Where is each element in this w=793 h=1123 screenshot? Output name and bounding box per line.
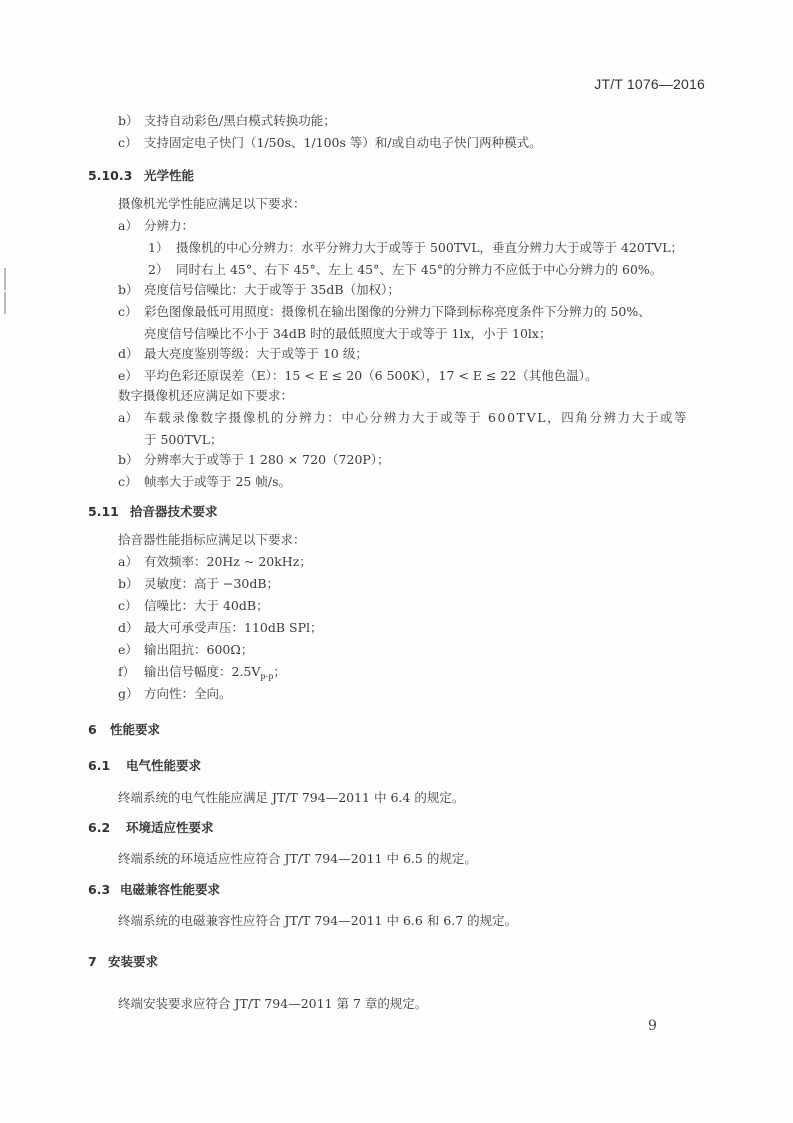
list-text: 最大可承受声压：110dB SPl； — [144, 620, 323, 635]
list-item-continuation: 于 500TVL； — [144, 432, 223, 448]
list-label: c） — [118, 474, 144, 490]
list-item-continuation: 亮度信号信噪比不小于 34dB 时的最低照度大于或等于 1lx，小于 10lx； — [144, 326, 551, 342]
list-text: 同时右上 45°、右下 45°、左上 45°、左下 45°的分辨力不应低于中心分… — [176, 262, 662, 277]
list-label: 2） — [148, 262, 176, 278]
list-label: c） — [118, 135, 144, 151]
list-item: f）输出信号幅度：2.5Vp-p； — [118, 664, 286, 685]
list-text: 灵敏度：高于 −30dB； — [144, 576, 279, 591]
list-item: b）亮度信号信噪比：大于或等于 35dB（加权）； — [118, 282, 400, 298]
section-number: 6.1 — [88, 758, 126, 773]
list-label: c） — [118, 598, 144, 614]
list-item: c）帧率大于或等于 25 帧/s。 — [118, 474, 291, 490]
standard-code-header: JT/T 1076—2016 — [594, 76, 705, 92]
list-text: 分辨率大于或等于 1 280 × 720（720P）； — [144, 452, 390, 467]
list-item: b）分辨率大于或等于 1 280 × 720（720P）； — [118, 452, 390, 468]
section-heading-5-11: 5.11拾音器技术要求 — [88, 502, 218, 520]
list-label: e） — [118, 642, 144, 658]
paragraph: 终端系统的电磁兼容性应符合 JT/T 794—2011 中 6.6 和 6.7 … — [118, 913, 517, 929]
list-text: 支持自动彩色/黑白模式转换功能； — [144, 113, 336, 128]
list-item: a）分辨力： — [118, 218, 194, 234]
list-label: a） — [118, 410, 144, 426]
sub-list-item: 1）摄像机的中心分辨力：水平分辨力大于或等于 500TVL，垂直分辨力大于或等于… — [148, 240, 683, 256]
section-number: 5.11 — [88, 504, 130, 519]
section-heading-6-2: 6.2环境适应性要求 — [88, 818, 214, 836]
list-item: b）支持自动彩色/黑白模式转换功能； — [118, 113, 336, 129]
list-text: 平均色彩还原误差（E）：15 < E ≤ 20（6 500K），17 < E ≤… — [144, 368, 598, 383]
list-text: 摄像机的中心分辨力：水平分辨力大于或等于 500TVL，垂直分辨力大于或等于 4… — [176, 240, 683, 255]
list-item: a）有效频率：20Hz ~ 20kHz； — [118, 554, 312, 570]
list-text: 输出信号幅度：2.5V — [144, 664, 260, 679]
section-title: 性能要求 — [110, 722, 160, 737]
section-heading-6-3: 6.3电磁兼容性能要求 — [88, 880, 220, 898]
list-text-suffix: ； — [273, 664, 286, 679]
paragraph: 拾音器性能指标应满足以下要求： — [118, 532, 306, 548]
section-heading-5-10-3: 5.10.3光学性能 — [88, 166, 194, 184]
list-text: 最大亮度鉴别等级：大于或等于 10 级； — [144, 346, 368, 361]
list-label: d） — [118, 620, 144, 636]
section-heading-6: 6性能要求 — [88, 720, 160, 738]
list-label: e） — [118, 368, 144, 384]
list-label: b） — [118, 452, 144, 468]
list-item: c）彩色图像最低可用照度：摄像机在输出图像的分辨力下降到标称亮度条件下分辨力的 … — [118, 304, 651, 320]
section-title: 安装要求 — [108, 954, 158, 969]
list-label: f） — [118, 664, 144, 680]
list-item: c）信噪比：大于 40dB； — [118, 598, 269, 614]
paragraph: 数字摄像机还应满足如下要求： — [118, 388, 293, 404]
paragraph: 终端系统的环境适应性应符合 JT/T 794—2011 中 6.5 的规定。 — [118, 851, 477, 867]
list-text: 分辨力： — [144, 218, 194, 233]
section-heading-6-1: 6.1电气性能要求 — [88, 756, 201, 774]
list-text: 帧率大于或等于 25 帧/s。 — [144, 474, 291, 489]
section-number: 6.2 — [88, 820, 126, 835]
section-title: 拾音器技术要求 — [130, 504, 218, 519]
list-label: c） — [118, 304, 144, 320]
scan-edge-mark — [4, 268, 6, 290]
list-label: a） — [118, 554, 144, 570]
sub-list-item: 2）同时右上 45°、右下 45°、左上 45°、左下 45°的分辨力不应低于中… — [148, 262, 662, 278]
paragraph: 摄像机光学性能应满足以下要求： — [118, 196, 306, 212]
list-text: 彩色图像最低可用照度：摄像机在输出图像的分辨力下降到标称亮度条件下分辨力的 50… — [144, 304, 651, 319]
section-number: 5.10.3 — [88, 168, 144, 183]
subscript: p-p — [260, 672, 273, 681]
section-title: 电气性能要求 — [126, 758, 201, 773]
list-label: b） — [118, 282, 144, 298]
list-text: 支持固定电子快门（1/50s、1/100s 等）和/或自动电子快门两种模式。 — [144, 135, 542, 150]
list-label: g） — [118, 686, 144, 702]
section-number: 6.3 — [88, 882, 120, 897]
list-text: 车载录像数字摄像机的分辨力：中心分辨力大于或等于 600TVL，四角分辨力大于或… — [144, 410, 688, 425]
page-number: 9 — [648, 1018, 657, 1034]
section-number: 7 — [88, 954, 108, 969]
list-item: d）最大可承受声压：110dB SPl； — [118, 620, 323, 636]
scan-edge-mark — [4, 292, 6, 314]
list-item: e）输出阻抗：600Ω； — [118, 642, 253, 658]
section-title: 光学性能 — [144, 168, 194, 183]
list-label: b） — [118, 576, 144, 592]
list-item: a）车载录像数字摄像机的分辨力：中心分辨力大于或等于 600TVL，四角分辨力大… — [118, 410, 688, 426]
list-text: 亮度信号信噪比：大于或等于 35dB（加权）； — [144, 282, 400, 297]
list-item: b）灵敏度：高于 −30dB； — [118, 576, 279, 592]
list-item: e）平均色彩还原误差（E）：15 < E ≤ 20（6 500K），17 < E… — [118, 368, 598, 384]
list-item: g）方向性：全向。 — [118, 686, 232, 702]
list-text: 信噪比：大于 40dB； — [144, 598, 269, 613]
list-text: 有效频率：20Hz ~ 20kHz； — [144, 554, 312, 569]
paragraph: 终端安装要求应符合 JT/T 794—2011 第 7 章的规定。 — [118, 996, 427, 1012]
paragraph: 终端系统的电气性能应满足 JT/T 794—2011 中 6.4 的规定。 — [118, 790, 464, 806]
list-text: 输出阻抗：600Ω； — [144, 642, 253, 657]
list-text: 方向性：全向。 — [144, 686, 232, 701]
list-label: a） — [118, 218, 144, 234]
list-item: d）最大亮度鉴别等级：大于或等于 10 级； — [118, 346, 368, 362]
list-label: d） — [118, 346, 144, 362]
section-title: 电磁兼容性能要求 — [120, 882, 220, 897]
list-label: 1） — [148, 240, 176, 256]
section-heading-7: 7安装要求 — [88, 952, 158, 970]
section-number: 6 — [88, 722, 110, 737]
section-title: 环境适应性要求 — [126, 820, 214, 835]
list-label: b） — [118, 113, 144, 129]
list-item: c）支持固定电子快门（1/50s、1/100s 等）和/或自动电子快门两种模式。 — [118, 135, 542, 151]
